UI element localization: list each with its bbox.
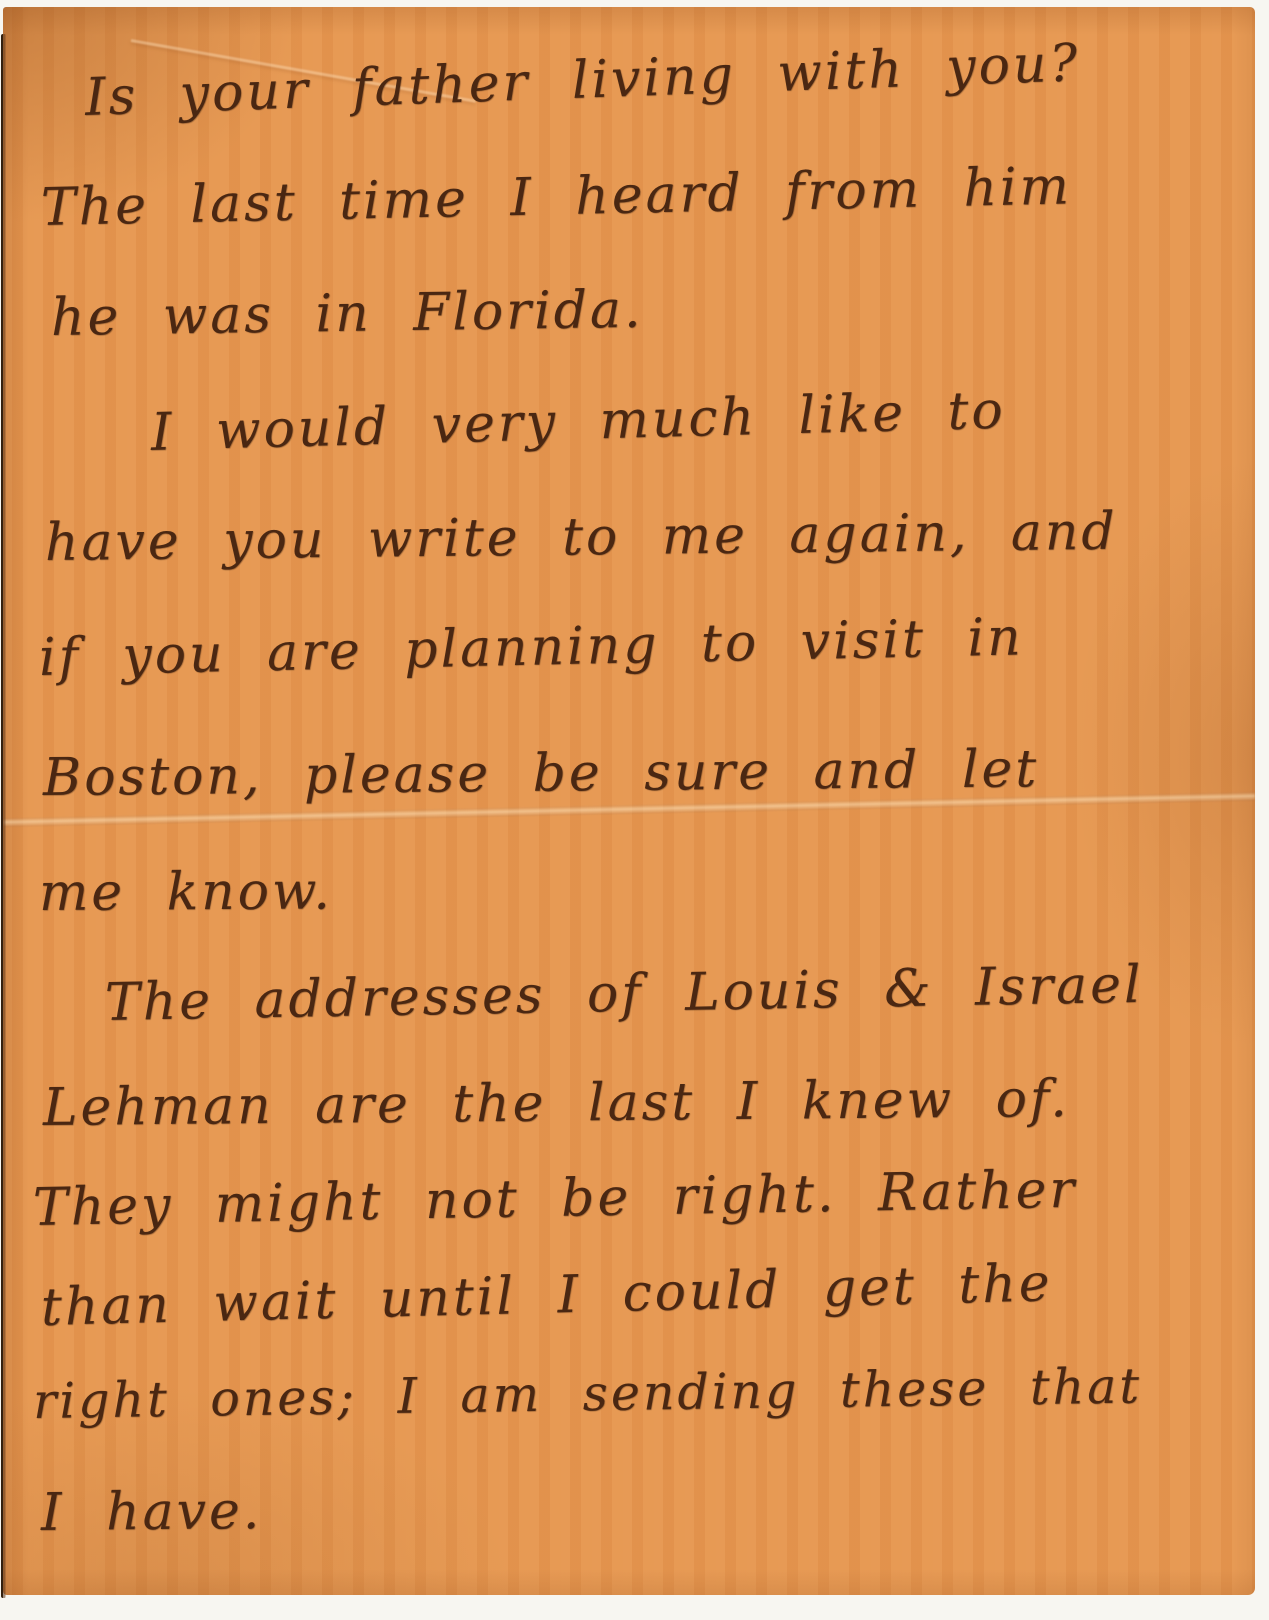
paper-edge-shadow <box>1 34 6 1598</box>
scanner-background: Is your father living with you? The last… <box>0 0 1269 1620</box>
handwriting-line-5: have you write to me again, and <box>45 504 1118 572</box>
handwriting-line-3: he was in Florida. <box>51 282 644 347</box>
handwriting-line-10: Lehman are the last I knew of. <box>43 1071 1070 1137</box>
handwriting-line-13: right ones; I am sending these that <box>33 1360 1143 1429</box>
handwriting-line-11: They might not be right. Rather <box>33 1162 1078 1237</box>
letter-paper: Is your father living with you? The last… <box>3 7 1255 1595</box>
handwriting-line-4: I would very much like to <box>150 383 1006 463</box>
handwriting-line-14: I have. <box>41 1483 263 1542</box>
handwriting-line-12: than wait until I could get the <box>40 1255 1053 1337</box>
handwriting-line-7: Boston, please be sure and let <box>43 741 1040 807</box>
handwriting-line-6: if you are planning to visit in <box>38 609 1024 687</box>
handwriting-line-2: The last time I heard from him <box>40 158 1072 237</box>
handwriting-line-9: The addresses of Louis & Israel <box>105 957 1144 1032</box>
handwriting-line-1: Is your father living with you? <box>84 35 1081 127</box>
handwriting-line-8: me know. <box>39 863 333 922</box>
